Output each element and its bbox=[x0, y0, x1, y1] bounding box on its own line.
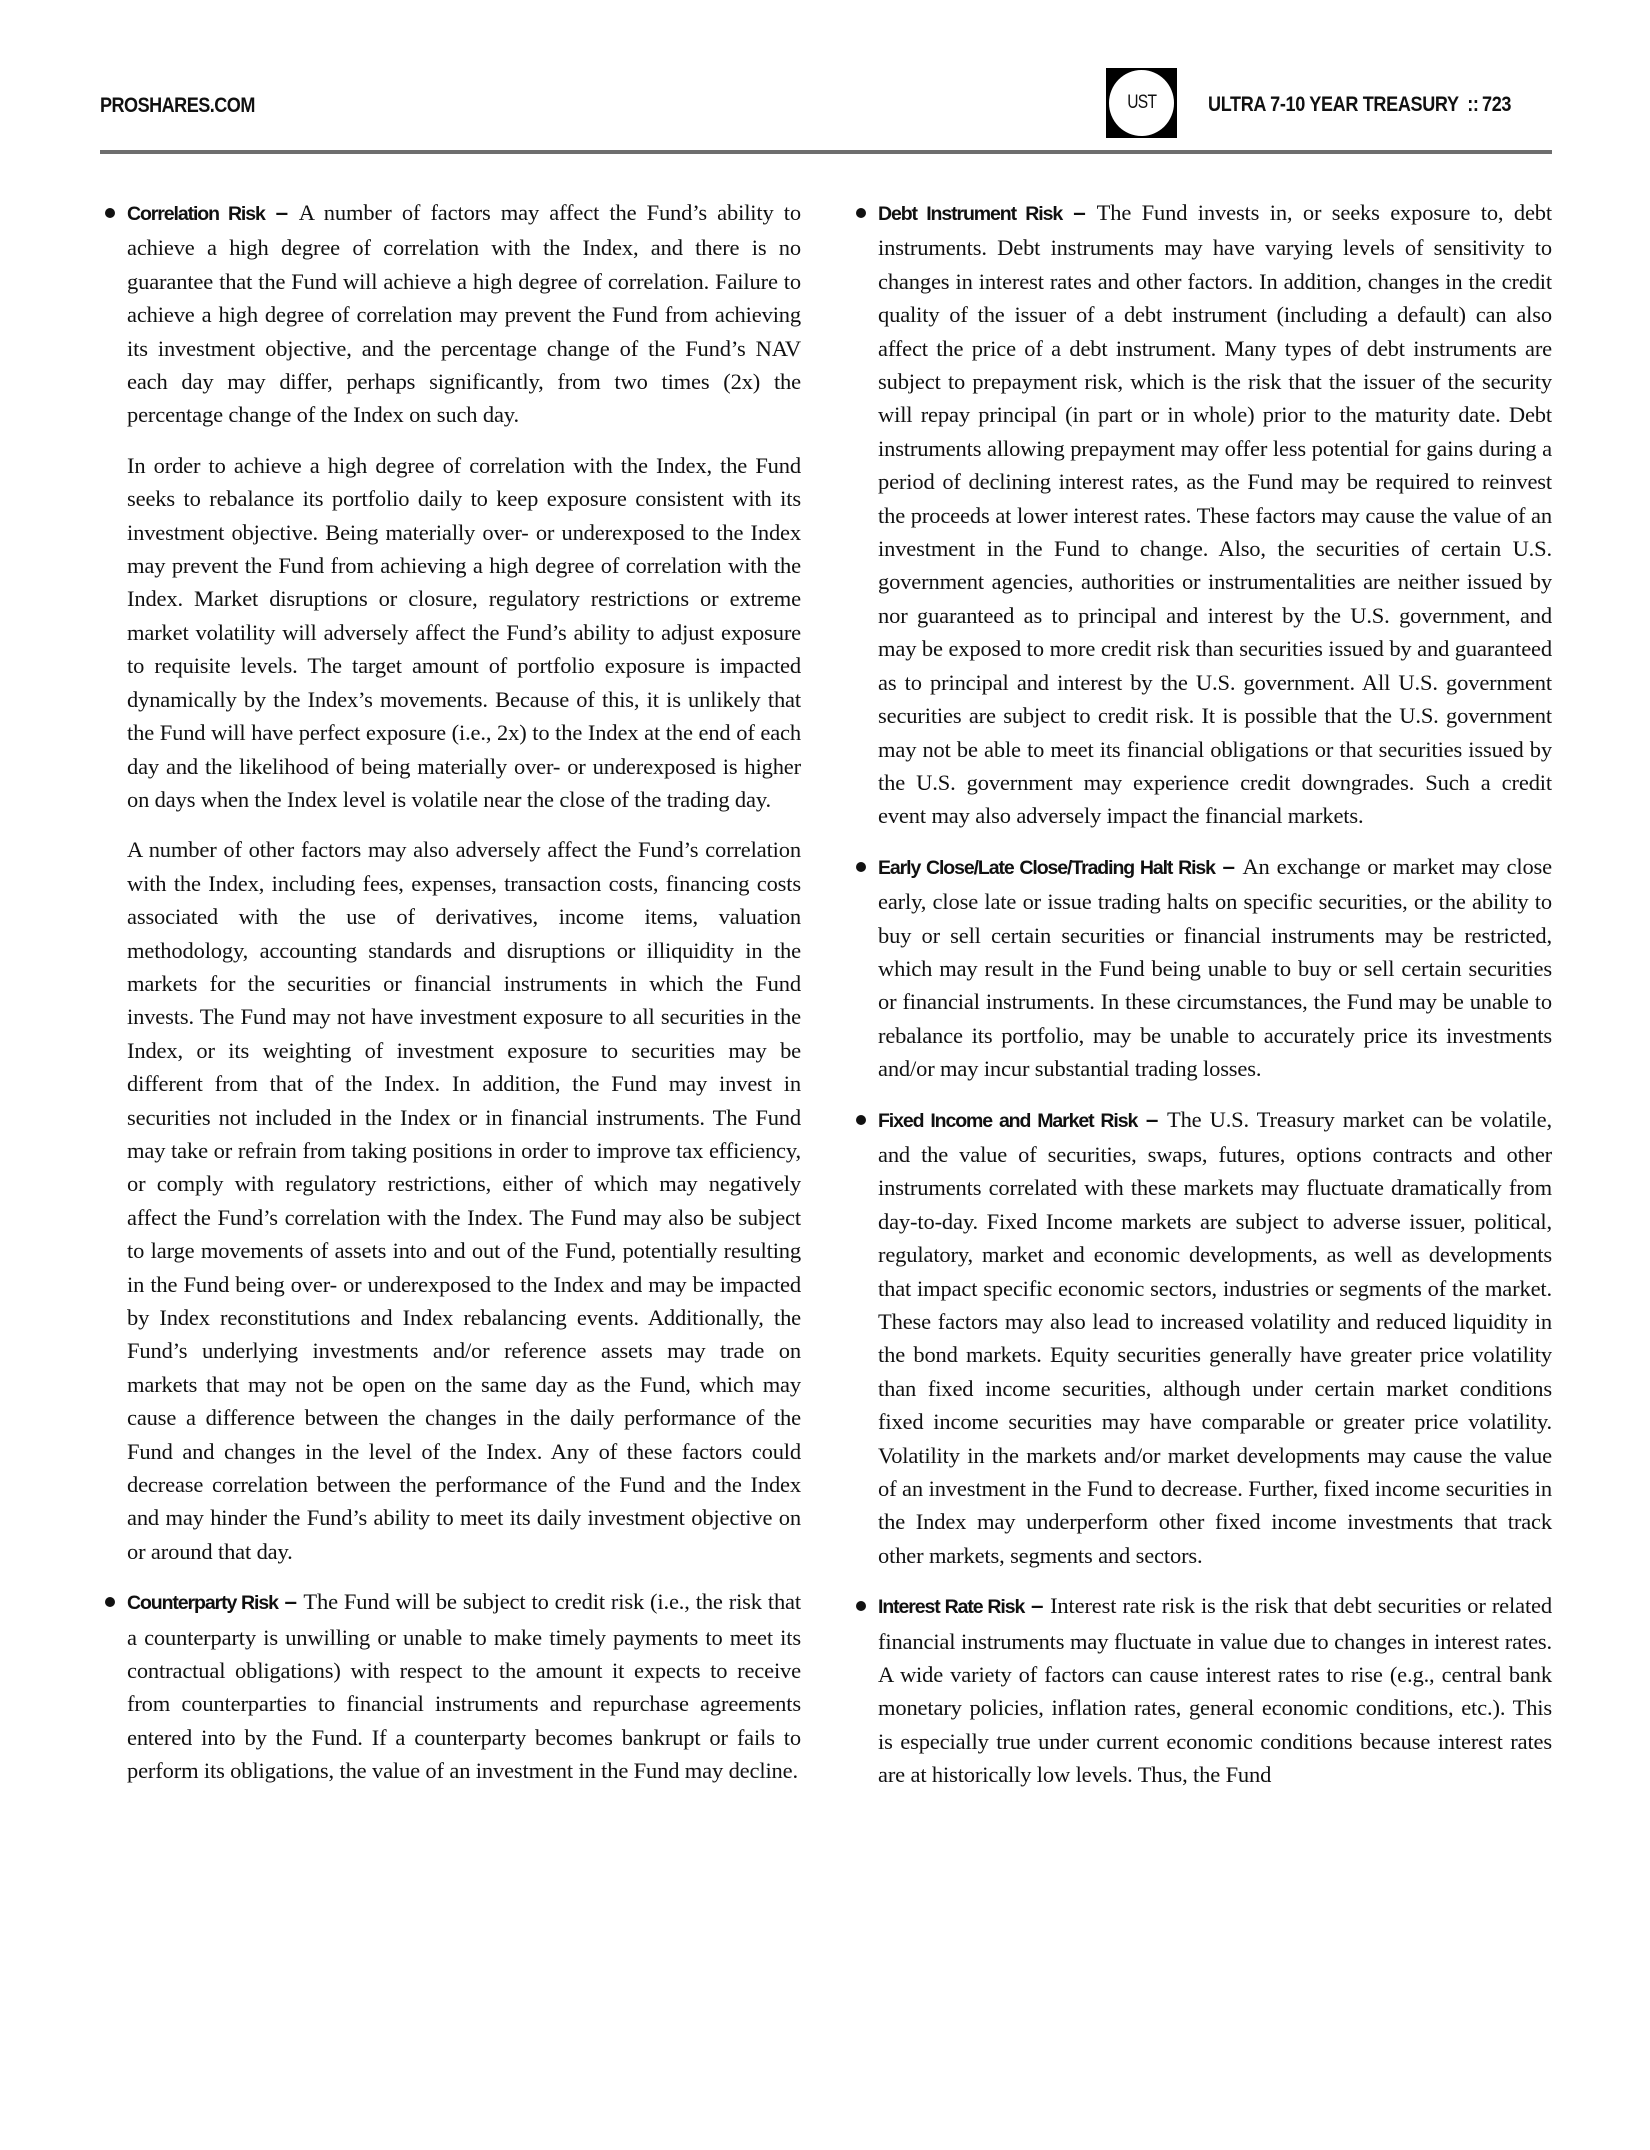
ticker-label: UST bbox=[1127, 92, 1156, 114]
running-title: ULTRA 7-10 YEAR TREASURY::723 bbox=[1208, 93, 1511, 117]
risk-item-fixed-income: Fixed Income and Market Risk – The U.S. … bbox=[878, 1103, 1552, 1573]
label-dash: – bbox=[1062, 200, 1097, 225]
risk-text: The Fund invests in, or seeks exposure t… bbox=[878, 200, 1552, 828]
risk-text: An exchange or market may close early, c… bbox=[878, 854, 1552, 1081]
label-dash: – bbox=[278, 1589, 304, 1614]
bullet-icon bbox=[105, 208, 115, 218]
fund-name: ULTRA 7-10 YEAR TREASURY bbox=[1208, 93, 1459, 116]
risk-paragraph: Debt Instrument Risk – The Fund invests … bbox=[878, 196, 1552, 833]
risk-label: Interest Rate Risk bbox=[878, 1596, 1024, 1618]
risk-label: Correlation Risk bbox=[127, 203, 265, 225]
risk-item-early-close: Early Close/Late Close/Trading Halt Risk… bbox=[878, 850, 1552, 1086]
label-dash: – bbox=[1137, 1107, 1167, 1132]
risk-label: Fixed Income and Market Risk bbox=[878, 1110, 1137, 1132]
risk-item-counterparty: Counterparty Risk – The Fund will be sub… bbox=[127, 1585, 801, 1787]
bullet-icon bbox=[856, 862, 866, 872]
risk-paragraph: Interest Rate Risk – Interest rate risk … bbox=[878, 1589, 1552, 1791]
risk-text: The U.S. Treasury market can be volatile… bbox=[878, 1107, 1552, 1568]
bullet-icon bbox=[856, 1601, 866, 1611]
risk-item-debt-instrument: Debt Instrument Risk – The Fund invests … bbox=[878, 196, 1552, 833]
bullet-icon bbox=[105, 1597, 115, 1607]
risk-paragraph: Fixed Income and Market Risk – The U.S. … bbox=[878, 1103, 1552, 1573]
header-rule bbox=[100, 150, 1552, 154]
ticker-badge-icon: UST bbox=[1109, 70, 1174, 136]
risk-text: The Fund will be subject to credit risk … bbox=[127, 1589, 801, 1783]
risk-paragraph: Counterparty Risk – The Fund will be sub… bbox=[127, 1585, 801, 1787]
risk-item-correlation: Correlation Risk – A number of factors m… bbox=[127, 196, 801, 1568]
bullet-icon bbox=[856, 1115, 866, 1125]
fund-ticker-logo: UST bbox=[1106, 68, 1177, 138]
label-dash: – bbox=[1215, 854, 1243, 879]
risk-paragraph: Correlation Risk – A number of factors m… bbox=[127, 196, 801, 432]
risk-text: A number of factors may affect the Fund’… bbox=[127, 200, 801, 427]
risk-paragraph: Early Close/Late Close/Trading Halt Risk… bbox=[878, 850, 1552, 1086]
page-number: 723 bbox=[1482, 93, 1511, 116]
risk-text: Interest rate risk is the risk that debt… bbox=[878, 1593, 1552, 1787]
left-column: Correlation Risk – A number of factors m… bbox=[127, 196, 801, 1805]
label-dash: – bbox=[1024, 1593, 1050, 1618]
risk-item-interest-rate: Interest Rate Risk – Interest rate risk … bbox=[878, 1589, 1552, 1791]
site-name: PROSHARES.COM bbox=[100, 94, 255, 118]
risk-paragraph: A number of other factors may also adver… bbox=[127, 833, 801, 1568]
risk-label: Debt Instrument Risk bbox=[878, 203, 1062, 225]
risk-label: Early Close/Late Close/Trading Halt Risk bbox=[878, 857, 1215, 879]
page-header: PROSHARES.COM UST ULTRA 7-10 YEAR TREASU… bbox=[0, 0, 1650, 160]
right-column: Debt Instrument Risk – The Fund invests … bbox=[878, 196, 1552, 1809]
bullet-icon bbox=[856, 208, 866, 218]
risk-paragraph: In order to achieve a high degree of cor… bbox=[127, 449, 801, 816]
title-separator: :: bbox=[1467, 93, 1478, 116]
label-dash: – bbox=[265, 200, 299, 225]
risk-label: Counterparty Risk bbox=[127, 1592, 278, 1614]
